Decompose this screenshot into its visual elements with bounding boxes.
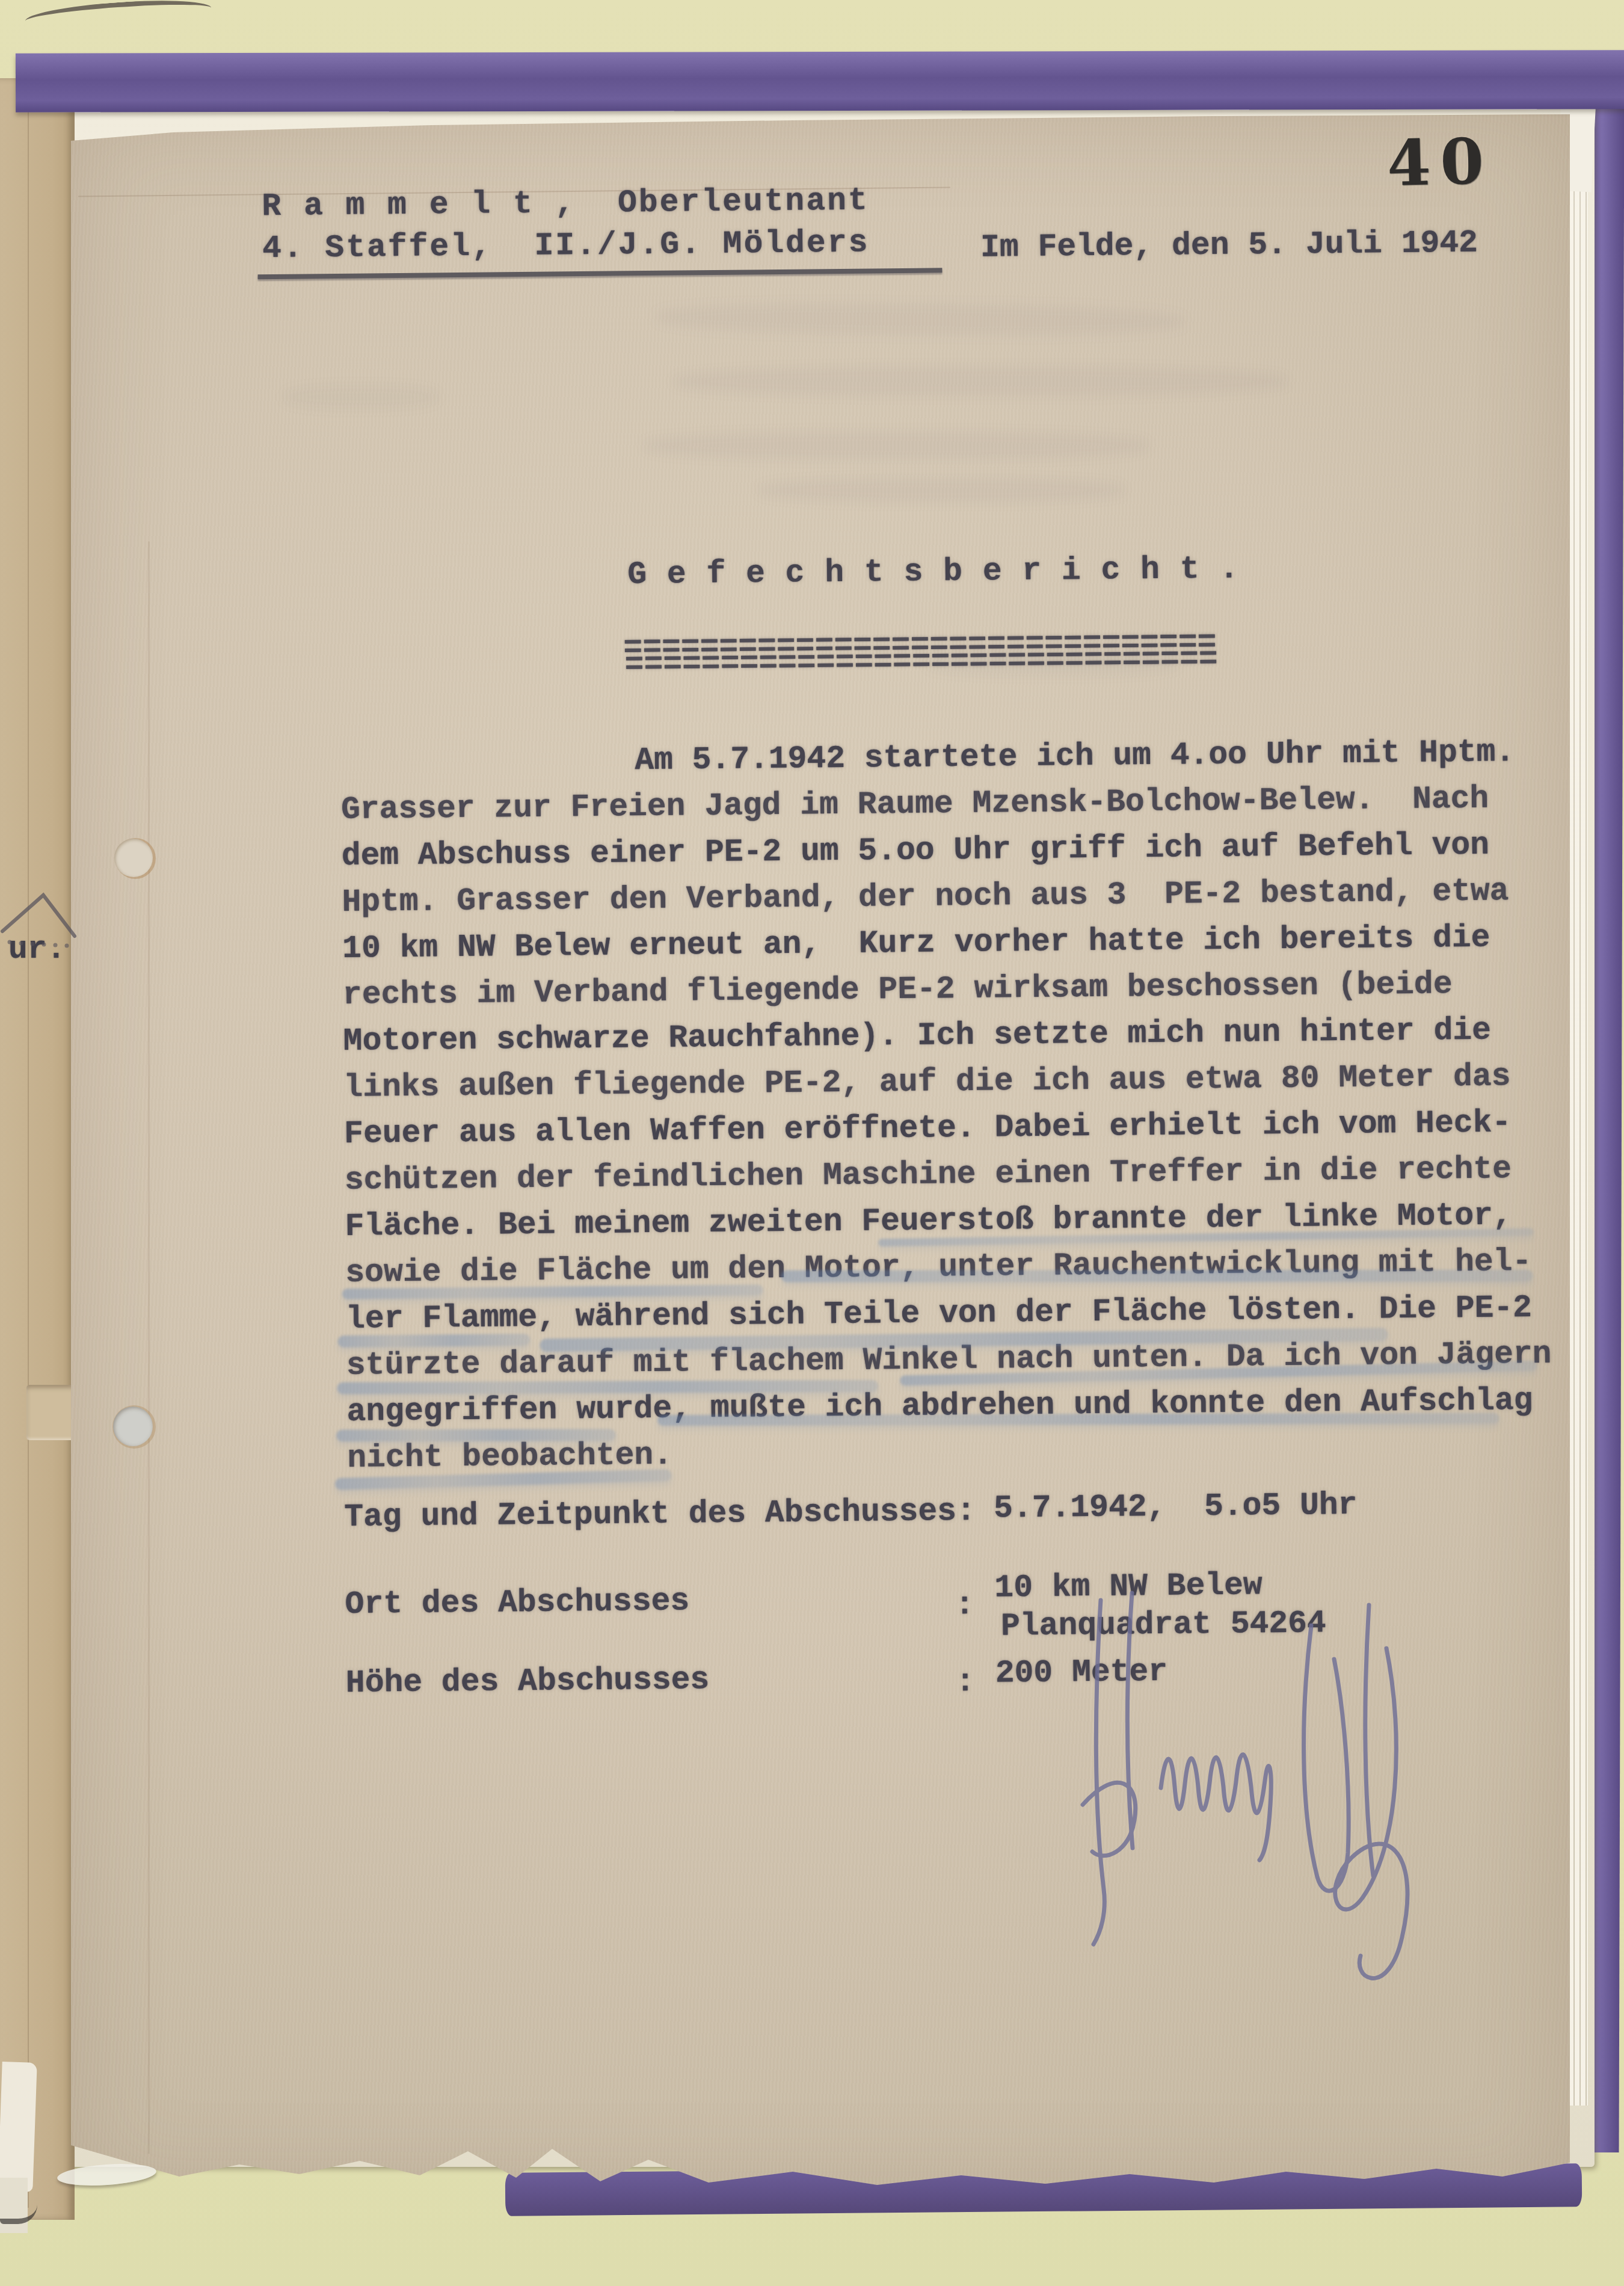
detail-label-place: Ort des Abschusses — [345, 1583, 689, 1622]
author-unit: 4. Staffel, II./J.G. Mölders — [262, 224, 870, 266]
blue-underline — [337, 1380, 878, 1394]
binder-cover-top — [16, 50, 1624, 112]
signature-ink — [1059, 1588, 1480, 1997]
blue-underline — [336, 1429, 616, 1441]
report-title: G e f e c h t s b e r i c h t . — [627, 551, 1239, 593]
detail-label-time: Tag und Zeitpunkt des Abschusses: — [344, 1493, 976, 1535]
blue-underline — [337, 1334, 530, 1348]
detail-label-altitude: Höhe des Abschusses — [346, 1662, 710, 1701]
author-name-rank: R a m m e l t , Oberleutnant — [262, 182, 869, 224]
detail-colon: : — [956, 1664, 975, 1700]
scanned-document-page: { "document": { "page_number_stamp": "40… — [0, 0, 1624, 2286]
place-and-date: Im Felde, den 5. Juli 1942 — [980, 225, 1478, 266]
unit-underline — [257, 268, 942, 279]
blue-underline — [781, 1269, 1533, 1282]
detail-value-time: 5.7.1942, 5.o5 Uhr — [994, 1487, 1358, 1527]
title-rule-line: =============================== — [624, 641, 1217, 683]
detail-colon: : — [955, 1587, 974, 1623]
blue-underline — [657, 1413, 1499, 1426]
